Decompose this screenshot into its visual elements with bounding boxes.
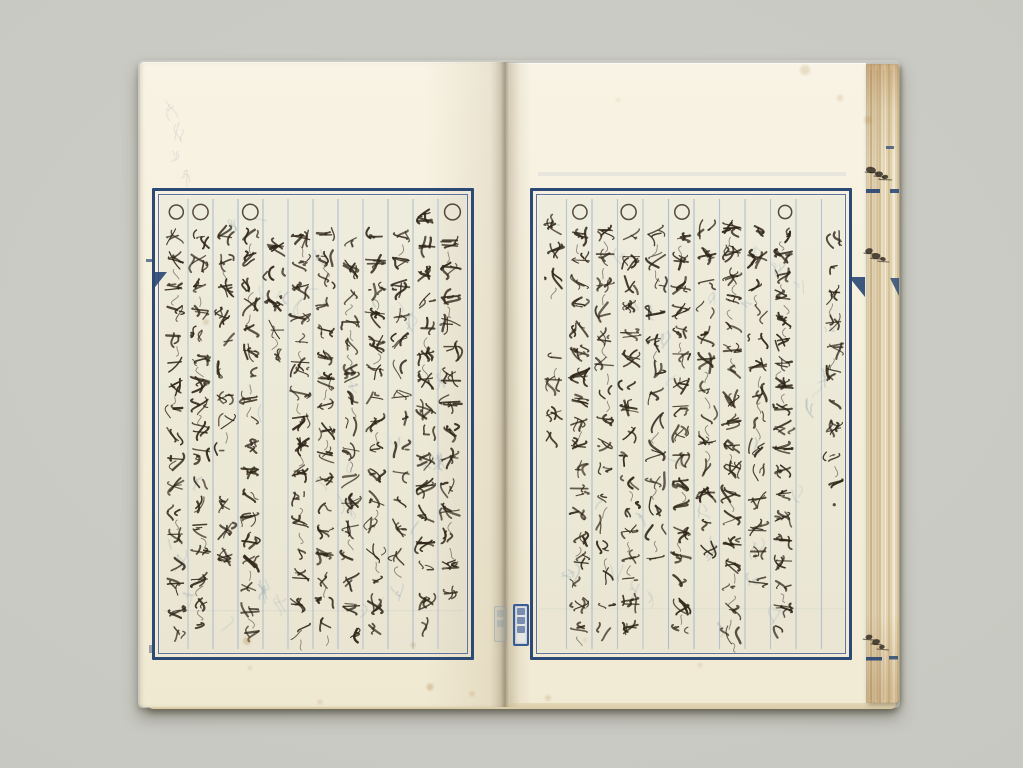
fore-edge-page-stack <box>866 64 899 703</box>
photo-backdrop <box>0 0 1023 768</box>
right-page-frame <box>530 188 852 660</box>
maker-seal-stamp <box>513 604 529 646</box>
left-page-frame <box>152 188 474 660</box>
left-frame-inner-border <box>158 194 468 654</box>
maker-seal-showthrough <box>494 606 507 642</box>
right-frame-inner-border <box>536 194 846 654</box>
